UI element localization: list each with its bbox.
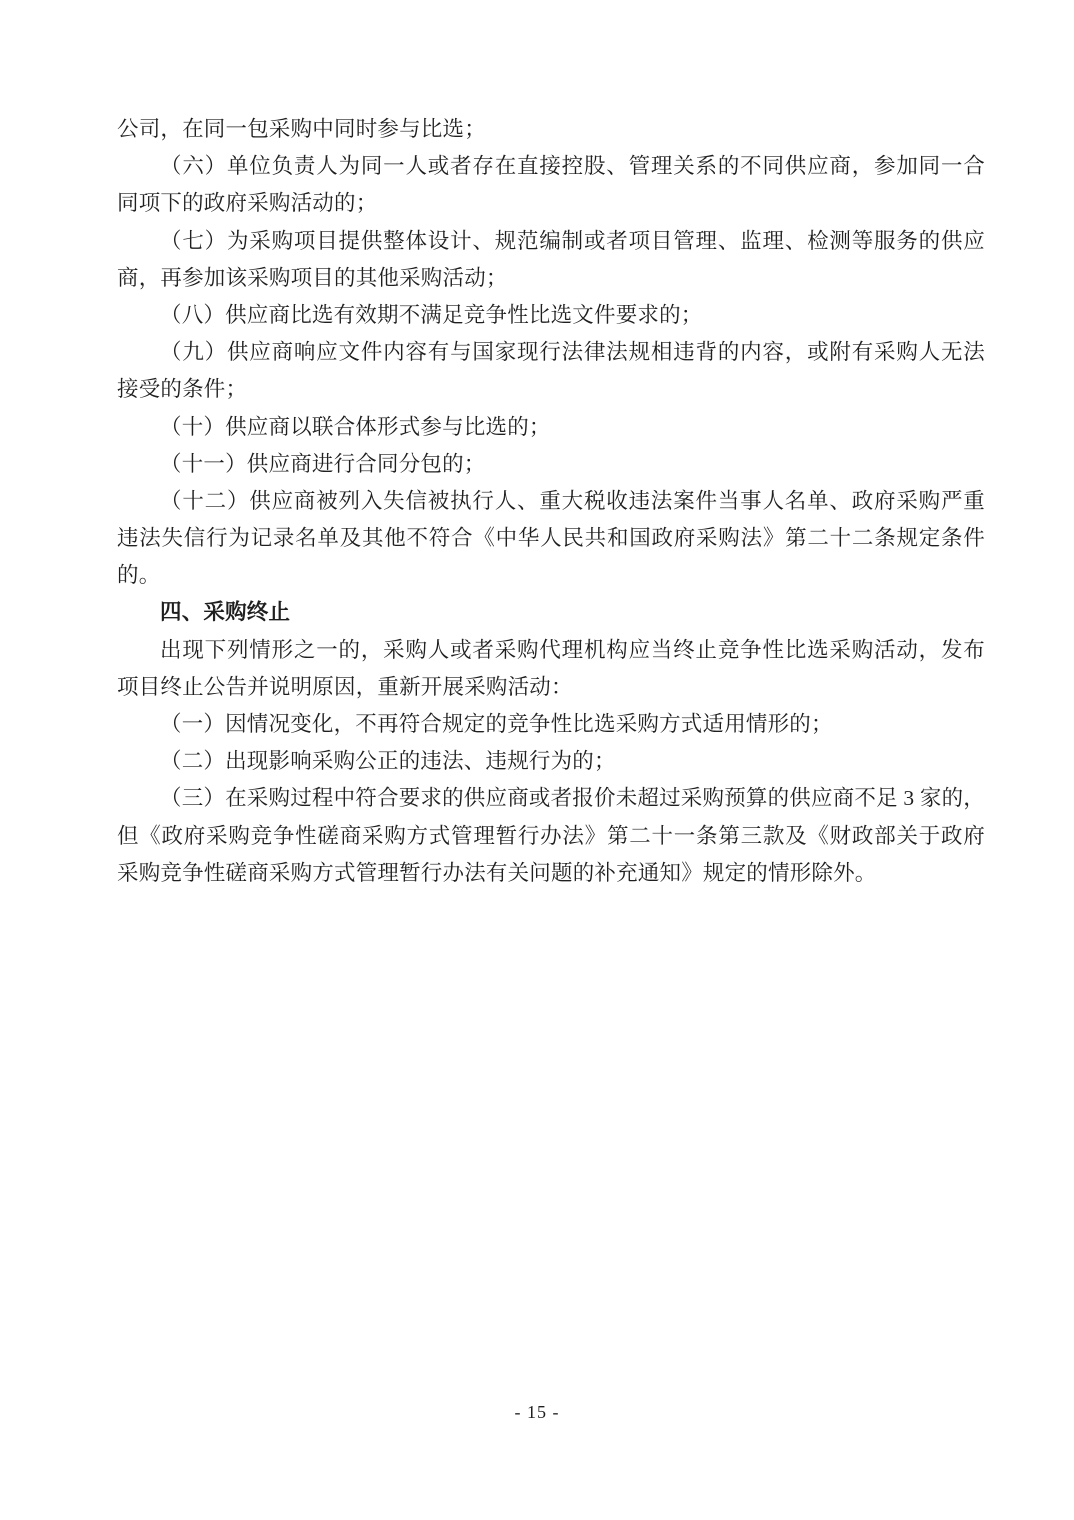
page-number: - 15 - [0, 1402, 1074, 1423]
text-line-item-10: （十）供应商以联合体形式参与比选的； [117, 409, 985, 446]
text-line-item-8: （八）供应商比选有效期不满足竞争性比选文件要求的； [117, 297, 985, 334]
text-line: 采购竞争性磋商采购方式管理暂行办法有关问题的补充通知》规定的情形除外。 [117, 855, 985, 892]
text-line: 接受的条件； [117, 371, 985, 408]
text-line: 项目终止公告并说明原因，重新开展采购活动： [117, 669, 985, 706]
text-line-item-1: （一）因情况变化，不再符合规定的竞争性比选采购方式适用情形的； [117, 706, 985, 743]
text-line-item-3: （三）在采购过程中符合要求的供应商或者报价未超过采购预算的供应商不足 3 家的， [117, 780, 985, 817]
text-line: 出现下列情形之一的，采购人或者采购代理机构应当终止竞争性比选采购活动，发布 [117, 632, 985, 669]
text-line: 的。 [117, 557, 985, 594]
text-line: 违法失信行为记录名单及其他不符合《中华人民共和国政府采购法》第二十二条规定条件 [117, 520, 985, 557]
section-heading-termination: 四、采购终止 [117, 594, 985, 631]
text-line: 但《政府采购竞争性磋商采购方式管理暂行办法》第二十一条第三款及《财政部关于政府 [117, 818, 985, 855]
document-body: 公司，在同一包采购中同时参与比选； （六）单位负责人为同一人或者存在直接控股、管… [117, 111, 985, 892]
text-line-item-12: （十二）供应商被列入失信被执行人、重大税收违法案件当事人名单、政府采购严重 [117, 483, 985, 520]
text-line-item-9: （九）供应商响应文件内容有与国家现行法律法规相违背的内容，或附有采购人无法 [117, 334, 985, 371]
document-page: 公司，在同一包采购中同时参与比选； （六）单位负责人为同一人或者存在直接控股、管… [0, 0, 1074, 1520]
text-line: 商，再参加该采购项目的其他采购活动； [117, 260, 985, 297]
text-line-item-6: （六）单位负责人为同一人或者存在直接控股、管理关系的不同供应商，参加同一合 [117, 148, 985, 185]
text-line: 同项下的政府采购活动的； [117, 185, 985, 222]
text-line-item-2: （二）出现影响采购公正的违法、违规行为的； [117, 743, 985, 780]
text-line: 公司，在同一包采购中同时参与比选； [117, 111, 985, 148]
text-line-item-7: （七）为采购项目提供整体设计、规范编制或者项目管理、监理、检测等服务的供应 [117, 223, 985, 260]
text-line-item-11: （十一）供应商进行合同分包的； [117, 446, 985, 483]
